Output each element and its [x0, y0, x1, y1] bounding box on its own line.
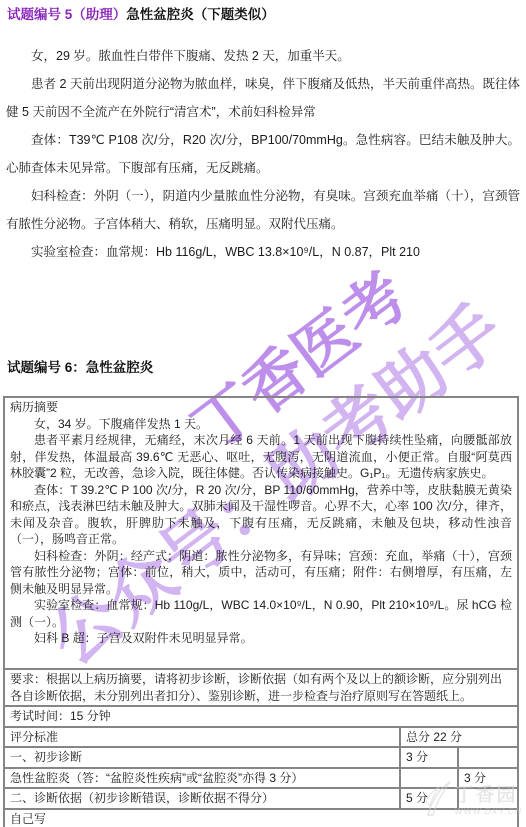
table-row: 一、初步诊断 3 分 — [4, 747, 518, 768]
score-item-label: 急性盆腔炎（答：“盆腔炎性疾病”或“盆腔炎”亦得 3 分） — [4, 768, 400, 789]
case-paragraph: 妇科检查：外阴（一），阴道内少量脓血性分泌物，有臭味。宫颈充血举痛（十），宫颈管… — [6, 182, 520, 238]
question5-case-text: 女，29 岁。脓血性白带伴下腹痛、发热 2 天，加重半天。 患者 2 天前出现阴… — [6, 42, 520, 266]
case-paragraph: 女，34 岁。下腹痛伴发热 1 天。 — [10, 416, 512, 433]
scoring-header-label: 评分标准 — [4, 727, 400, 748]
score-item-label: 二、诊断依据（初步诊断错误，诊断依据不得分） — [4, 788, 400, 809]
table-row: 二、诊断依据（初步诊断错误，诊断依据不得分） 5 分 — [4, 788, 518, 809]
score-item-awarded — [458, 788, 518, 809]
case-paragraph: 实验室检查：血常规：Hb 110g/L，WBC 14.0×10⁹/L，N 0.9… — [10, 597, 512, 630]
table-row: 考试时间：15 分钟 — [4, 706, 518, 727]
requirement-cell: 要求：根据以上病历摘要，请将初步诊断，诊断依据（如有两个及以上的额诊断，应分别列… — [4, 669, 518, 706]
score-item-awarded — [458, 747, 518, 768]
table-row: 要求：根据以上病历摘要，请将初步诊断，诊断依据（如有两个及以上的额诊断，应分别列… — [4, 669, 518, 706]
case-summary-heading: 病历摘要 — [10, 399, 512, 416]
question5-title: 试题编号 5（助理）急性盆腔炎（下题类似） — [7, 7, 520, 23]
exam-question-table: 病历摘要 女，34 岁。下腹痛伴发热 1 天。 患者平素月经规律，无痛经，末次月… — [3, 396, 519, 827]
question5-title-number: 试题编号 5（助理） — [7, 7, 126, 22]
case-paragraph: 实验室检查：血常规：Hb 116g/L，WBC 13.8×10⁹/L，N 0.8… — [6, 238, 520, 266]
case-paragraph: 妇科检查：外阴：经产式；阴道：脓性分泌物多，有异味；宫颈：充血，举痛（十），宫颈… — [10, 548, 512, 598]
case-paragraph: 妇科 B 超：子宫及双附件未见明显异常。 — [10, 630, 512, 647]
case-paragraph: 查体：T39℃ P108 次/分，R20 次/分，BP100/70mmHg。急性… — [6, 126, 520, 182]
question6-title: 试题编号 6：急性盆腔炎 — [7, 356, 153, 376]
case-paragraph: 患者平素月经规律，无痛经，末次月经 6 天前。1 天前出现下腹持续性坠痛，向腰骶… — [10, 432, 512, 482]
score-item-points: 3 分 — [400, 747, 458, 768]
case-paragraph: 女，29 岁。脓血性白带伴下腹痛、发热 2 天，加重半天。 — [6, 42, 520, 70]
score-item-points — [400, 768, 458, 789]
exam-time-cell: 考试时间：15 分钟 — [4, 706, 518, 727]
scoring-total-cell: 总分 22 分 — [400, 727, 518, 748]
write-yourself-cell: 自己写 — [4, 809, 518, 827]
score-item-awarded: 3 分 — [458, 768, 518, 789]
document-page: 丁香医考 公众号：助考助手 试题编号 5（助理）急性盆腔炎（下题类似） 女，29… — [0, 0, 526, 827]
table-row: 病历摘要 女，34 岁。下腹痛伴发热 1 天。 患者平素月经规律，无痛经，末次月… — [4, 397, 518, 669]
case-paragraph: 查体：T 39.2℃ P 100 次/分，R 20 次/分，BP 110/60m… — [10, 482, 512, 548]
score-item-points: 5 分 — [400, 788, 458, 809]
table-row: 评分标准 总分 22 分 — [4, 727, 518, 748]
score-item-label: 一、初步诊断 — [4, 747, 400, 768]
table-row: 自己写 — [4, 809, 518, 827]
question5-title-name: 急性盆腔炎（下题类似） — [126, 7, 275, 22]
table-row: 急性盆腔炎（答：“盆腔炎性疾病”或“盆腔炎”亦得 3 分） 3 分 — [4, 768, 518, 789]
case-paragraph: 患者 2 天前出现阴道分泌物为脓血样，味臭，伴下腹痛及低热，半天前重伴高热。既往… — [6, 70, 520, 126]
case-summary-cell: 病历摘要 女，34 岁。下腹痛伴发热 1 天。 患者平素月经规律，无痛经，末次月… — [4, 397, 518, 669]
